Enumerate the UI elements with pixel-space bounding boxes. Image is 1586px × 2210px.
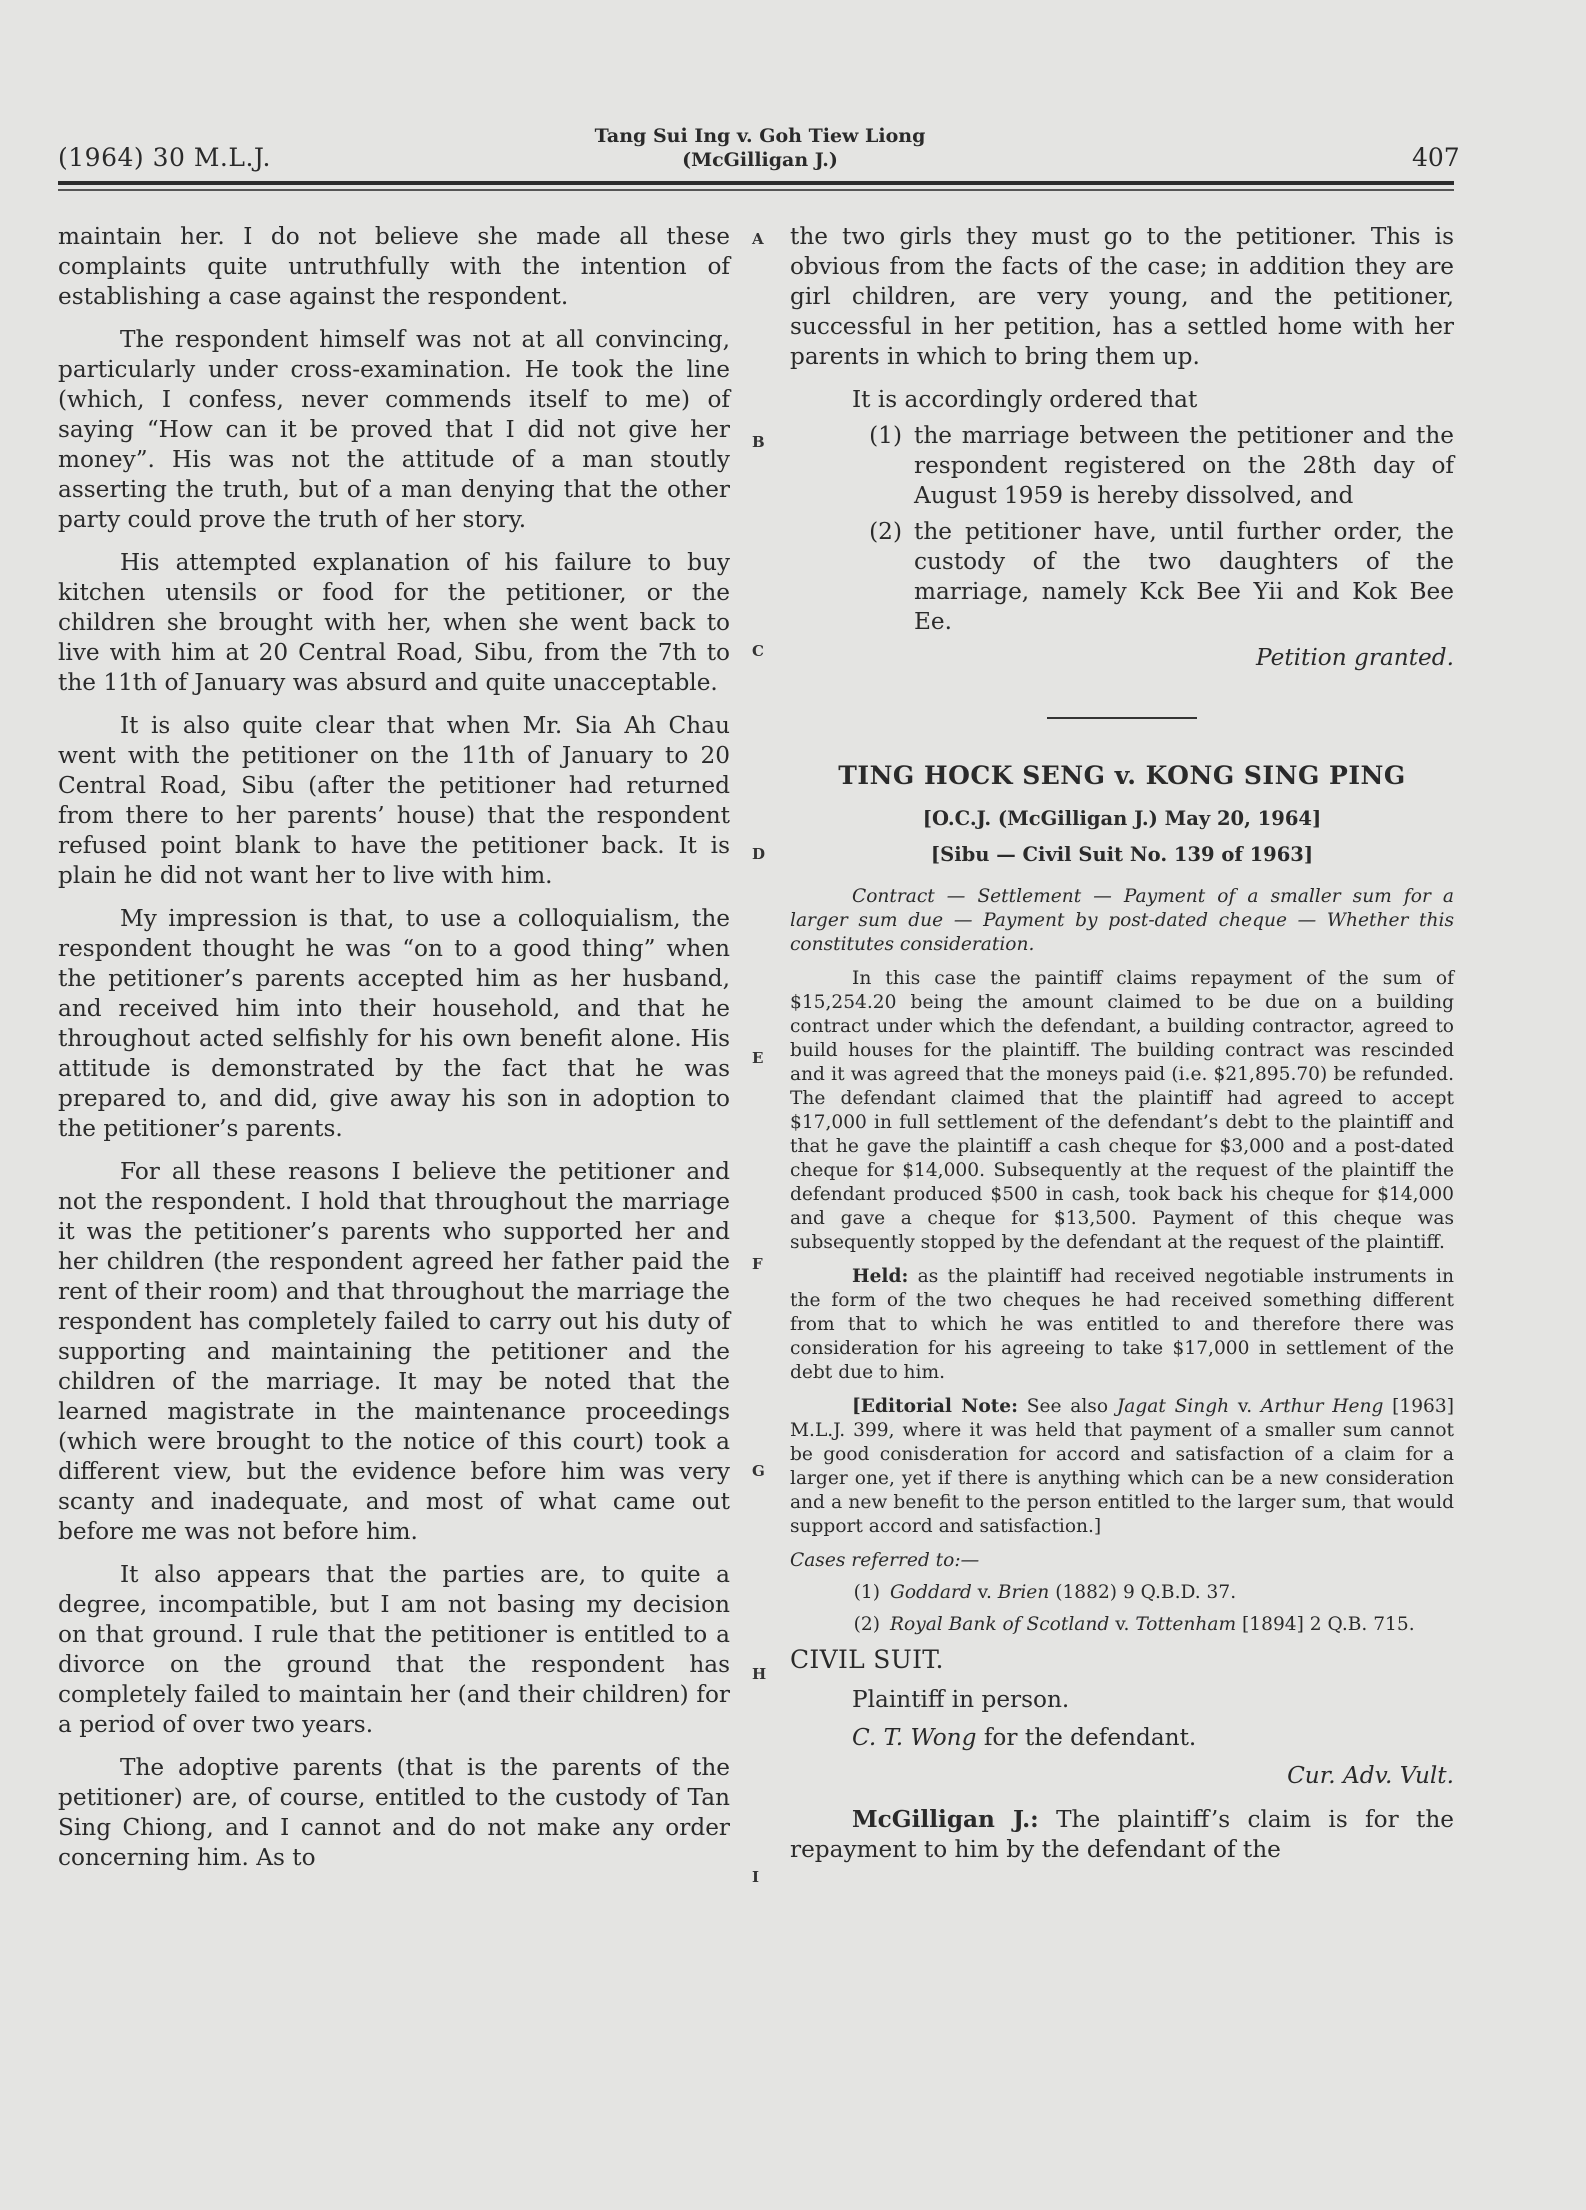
order-intro: It is accordingly ordered that <box>790 385 1454 415</box>
left-column: maintain her. I do not believe she made … <box>58 222 730 1886</box>
case-party: Brien <box>998 1582 1049 1603</box>
case-party: Arthur Heng <box>1261 1396 1384 1417</box>
cur-adv-vult: Cur. Adv. Vult. <box>790 1761 1454 1791</box>
order-number: (2) <box>790 517 914 637</box>
held-label: Held: <box>852 1266 908 1287</box>
case-party: Goddard <box>890 1582 972 1603</box>
margin-letter-g: G <box>752 1462 765 1480</box>
case-party: Jagat Singh <box>1117 1396 1229 1417</box>
judge-name: (McGilligan J.) <box>560 148 960 172</box>
header-rule-thin <box>58 189 1454 191</box>
margin-letter-a: A <box>752 230 764 248</box>
cases-referred-label: Cases referred to:— <box>790 1549 1454 1573</box>
judgment-judge: McGilligan J.: <box>852 1806 1039 1833</box>
case-reference: (2) Royal Bank of Scotland v. Tottenham … <box>790 1613 1454 1637</box>
plaintiff-counsel: Plaintiff in person. <box>790 1685 1454 1715</box>
margin-letter-b: B <box>752 433 765 451</box>
law-report-page: (1964) 30 M.L.J. Tang Sui Ing v. Goh Tie… <box>0 0 1586 2210</box>
running-case-title: Tang Sui Ing v. Goh Tiew Liong (McGillig… <box>560 124 960 172</box>
case-ref-number: (2) <box>790 1613 890 1637</box>
proceeding-type: CIVIL SUIT. <box>790 1645 1454 1675</box>
order-number: (1) <box>790 421 914 511</box>
paragraph: The adoptive parents (that is the parent… <box>58 1753 730 1873</box>
case-citation: (1882) 9 Q.B.D. 37. <box>1055 1582 1236 1603</box>
report-citation: (1964) 30 M.L.J. <box>58 143 271 172</box>
paragraph: The respondent himself was not at all co… <box>58 325 730 535</box>
paragraph: His attempted explanation of his failure… <box>58 548 730 698</box>
versus: v. <box>978 1582 992 1603</box>
editorial-pre: See also <box>1027 1396 1108 1417</box>
editorial-note: [Editorial Note: See also Jagat Singh v.… <box>790 1395 1454 1539</box>
case-ref-number: (1) <box>790 1581 890 1605</box>
paragraph-continuation: the two girls they must go to the petiti… <box>790 222 1454 372</box>
headnote-facts: In this case the paintiff claims repayme… <box>790 967 1454 1255</box>
versus: v. <box>1115 1614 1129 1635</box>
paragraph: It is also quite clear that when Mr. Sia… <box>58 711 730 891</box>
suit-line: [Sibu — Civil Suit No. 139 of 1963] <box>790 841 1454 869</box>
versus: v. <box>1238 1396 1252 1417</box>
margin-letter-e: E <box>752 1049 763 1067</box>
case-party: Royal Bank of Scotland <box>890 1614 1109 1635</box>
order-text: the marriage between the petitioner and … <box>914 421 1454 511</box>
margin-letter-i: I <box>752 1868 759 1886</box>
order-text: the petitioner have, until further order… <box>914 517 1454 637</box>
catchwords: Contract — Settlement — Payment of a sma… <box>790 885 1454 957</box>
case-reference: (1) Goddard v. Brien (1882) 9 Q.B.D. 37. <box>790 1581 1454 1605</box>
result-text: Petition granted. <box>790 643 1454 673</box>
case-separator <box>1047 717 1197 719</box>
paragraph: maintain her. I do not believe she made … <box>58 222 730 312</box>
right-column: the two girls they must go to the petiti… <box>790 222 1454 1878</box>
editorial-rest: [1963] M.L.J. 399, where it was held tha… <box>790 1396 1454 1537</box>
margin-letter-c: C <box>752 642 764 660</box>
case-title: Tang Sui Ing v. Goh Tiew Liong <box>560 124 960 148</box>
counsel-name: C. T. Wong <box>852 1724 976 1751</box>
counsel-role: for the defendant. <box>984 1724 1196 1751</box>
editorial-label: [Editorial Note: <box>852 1396 1018 1417</box>
paragraph: It also appears that the parties are, to… <box>58 1560 730 1740</box>
new-case-title: TING HOCK SENG v. KONG SING PING <box>790 761 1454 791</box>
header-rule-thick <box>58 181 1454 185</box>
paragraph: For all these reasons I believe the peti… <box>58 1157 730 1547</box>
order-item: (1) the marriage between the petitioner … <box>790 421 1454 511</box>
order-item: (2) the petitioner have, until further o… <box>790 517 1454 637</box>
paragraph: My impression is that, to use a colloqui… <box>58 904 730 1144</box>
margin-letter-h: H <box>752 1665 766 1683</box>
headnote-held: Held: as the plaintiff had received nego… <box>790 1265 1454 1385</box>
case-party: Tottenham <box>1135 1614 1236 1635</box>
judgment-opening: McGilligan J.: The plaintiff’s claim is … <box>790 1805 1454 1865</box>
case-citation: [1894] 2 Q.B. 715. <box>1242 1614 1415 1635</box>
defendant-counsel: C. T. Wong for the defendant. <box>790 1723 1454 1753</box>
court-line: [O.C.J. (McGilligan J.) May 20, 1964] <box>790 805 1454 833</box>
margin-letter-d: D <box>752 845 765 863</box>
margin-letter-f: F <box>752 1255 763 1273</box>
page-number: 407 <box>1412 143 1460 172</box>
